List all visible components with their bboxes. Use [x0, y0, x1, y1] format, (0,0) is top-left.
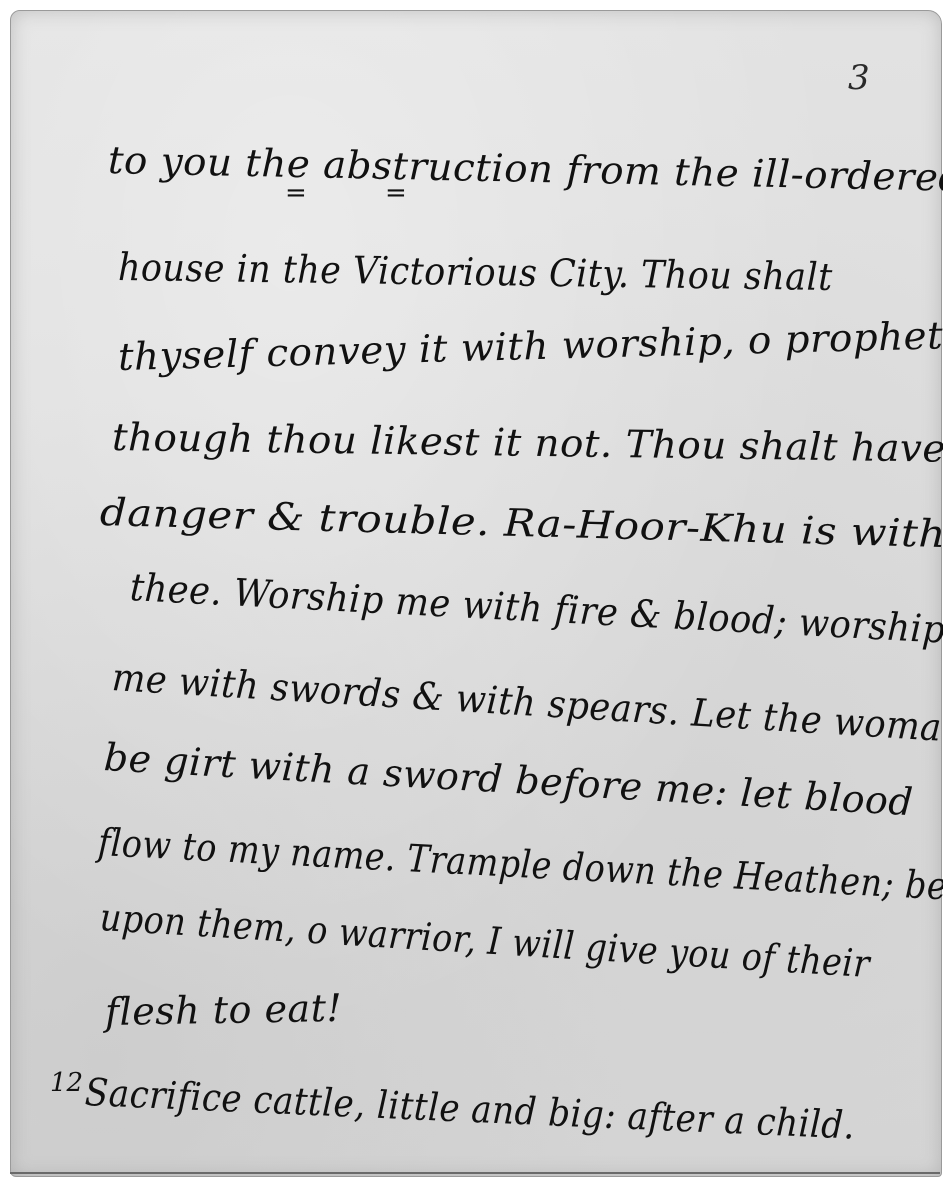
underline-mark: = — [385, 180, 407, 206]
manuscript-line: flesh to eat! — [105, 986, 343, 1034]
page-number: 3 — [848, 58, 870, 98]
page-bottom-edge — [10, 1172, 940, 1174]
verse-number: 12 — [50, 1068, 83, 1098]
underline-mark: = — [285, 180, 307, 206]
